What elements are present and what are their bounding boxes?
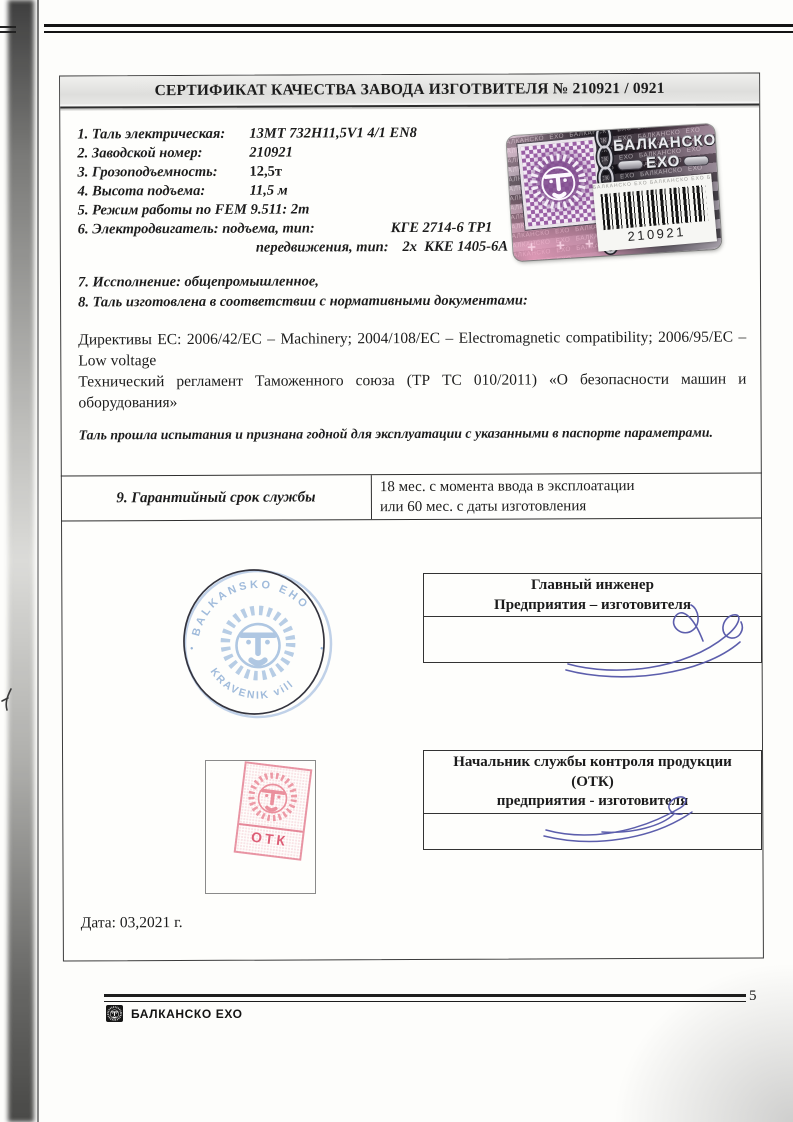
item-8: 8. Таль изготовлена в соответствии с нор… xyxy=(78,290,744,312)
test-note: Таль прошла испытания и признана годной … xyxy=(79,425,747,444)
page-number: 5 xyxy=(749,988,757,1005)
svg-text:•: • xyxy=(190,644,194,655)
svg-text:KRAVENIK vill: KRAVENIK vill xyxy=(208,666,297,702)
directives-paragraph: Директивы ЕС: 2006/42/EC – Machinery; 20… xyxy=(78,327,746,414)
directives-line-3: Технический регламент Таможенного союза … xyxy=(78,369,746,393)
otk-heading: Начальник службы контроля продукции (ОТК… xyxy=(424,751,761,814)
directives-line-4: оборудования» xyxy=(78,390,746,414)
chief-engineer-signature-box: Главный инженер Предприятия – изготовите… xyxy=(423,573,762,663)
footer-brand-text: БАЛКАНСКО ЕХО xyxy=(131,1007,243,1021)
certificate-title-bar: СЕРТИФИКАТ КАЧЕСТВА ЗАВОДА ИЗГОТВИТЕЛЯ №… xyxy=(60,73,759,108)
footer-horizontal-rule xyxy=(104,994,746,1002)
sticker-brand-bottom: ЕХО xyxy=(646,153,681,172)
sticker-brand: БАЛКАНСКО ЕХО xyxy=(613,132,713,174)
certificate-title: СЕРТИФИКАТ КАЧЕСТВА ЗАВОДА ИЗГОТВИТЕЛЯ №… xyxy=(155,80,665,100)
otk-stamp: ОТК xyxy=(234,761,313,861)
warranty-value-cell: 18 мес. с момента ввода в эксплоатации и… xyxy=(372,473,762,519)
otk-signature-box: Начальник службы контроля продукции (ОТК… xyxy=(423,750,762,850)
scanned-certificate-page: { "certificate": { "title": "СЕРТИФИКАТ … xyxy=(0,0,793,1122)
directives-line-1: Директивы ЕС: 2006/42/EC – Machinery; 20… xyxy=(78,327,746,351)
scan-page-edge-line xyxy=(37,0,39,1122)
chief-engineer-heading: Главный инженер Предприятия – изготовите… xyxy=(424,574,761,617)
sticker-badge-left xyxy=(618,160,642,169)
items-7-8: 7. Иссполнение: общепромышленное, 8. Тал… xyxy=(78,271,744,313)
directives-line-2: Low voltage xyxy=(78,348,746,372)
warranty-label-cell: 9. Гарантийный срок службы xyxy=(61,475,372,520)
round-factory-stamp: BALKANSKO EHO KRAVENIK vill • • xyxy=(178,556,338,726)
date-line: Дата: 03,2021 г. xyxy=(81,914,183,932)
lion-emblem-icon xyxy=(523,145,593,219)
hologram-sticker: БАЛКАНСКО ЕХО БАЛКАНСКО ЕХО БАЛКАНСКО ЕХ… xyxy=(506,124,721,261)
warranty-table: 9. Гарантийный срок службы 18 мес. с мом… xyxy=(61,472,762,521)
top-rule-left-stub xyxy=(0,26,16,33)
round-stamp-bottom-text: KRAVENIK vill xyxy=(208,666,297,702)
footer-logo-icon xyxy=(106,1005,123,1022)
otk-lion-icon xyxy=(241,765,304,829)
pen-mark xyxy=(0,686,16,714)
otk-stamp-frame: ОТК xyxy=(205,760,316,894)
sticker-lion-panel xyxy=(517,137,603,230)
scan-corner-shadow xyxy=(613,962,793,1122)
barcode-label: БАЛКАНСКО ЕХО БАЛКАНСКО ЕХО БАЛКАНСКО ЕХ… xyxy=(593,173,717,251)
sticker-badge-right xyxy=(684,156,708,165)
top-horizontal-rule xyxy=(44,24,793,33)
scan-spine-shadow xyxy=(8,0,34,1122)
svg-text:•: • xyxy=(320,644,324,655)
